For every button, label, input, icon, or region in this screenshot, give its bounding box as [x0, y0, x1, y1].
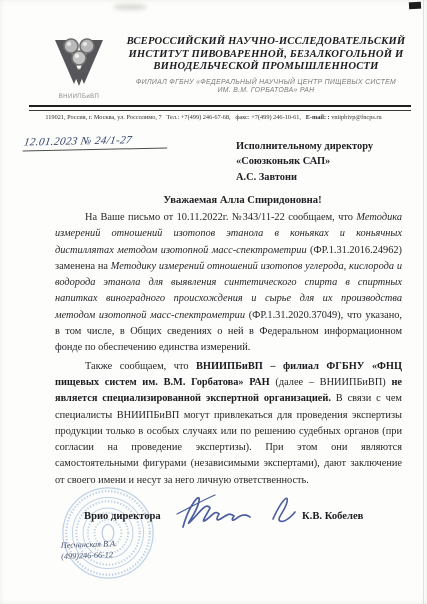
round-stamp: [60, 485, 156, 581]
executor-contact: Песчанская В.А. (499)246-66-12: [61, 538, 118, 562]
recipient-position: Исполнительному директору: [236, 139, 373, 154]
title-line: ИНСТИТУТ ПИВОВАРЕННОЙ, БЕЗАЛКОГОЛЬНОЙ И: [112, 49, 420, 62]
scan-edge-line: [423, 0, 424, 604]
filial-subtitle: ФИЛИАЛ ФГБНУ «ФЕДЕРАЛЬНЫЙ НАУЧНЫЙ ЦЕНТР …: [112, 79, 420, 96]
letterhead-text: ВСЕРОССИЙСКИЙ НАУЧНО-ИССЛЕДОВАТЕЛЬСКИЙ И…: [112, 36, 420, 96]
p2-text: В связи с чем специалисты ВНИИПБиВП могу…: [55, 393, 402, 485]
title-line: ВИНОДЕЛЬЧЕСКОЙ ПРОМЫШЛЕННОСТИ: [112, 61, 420, 74]
grapes-vine-icon: [49, 34, 109, 92]
scan-smudge: [113, 4, 147, 10]
letter-body: На Ваше письмо от 10.11.2022г. №343/11-2…: [55, 210, 402, 489]
address-email-label: E-mail: :: [306, 114, 330, 121]
scanned-letter-page: ВНИИПБиВП ВСЕРОССИЙСКИЙ НАУЧНО-ИССЛЕДОВА…: [0, 0, 427, 604]
recipient-organization: «Союзконьяк САП»: [236, 154, 373, 169]
signer-position: Врио директора: [84, 511, 161, 522]
address-email: vniipbivp@fncps.ru: [331, 114, 381, 121]
title-line: ВСЕРОССИЙСКИЙ НАУЧНО-ИССЛЕДОВАТЕЛЬСКИЙ: [112, 36, 420, 49]
logo-caption: ВНИИПБиВП: [46, 94, 112, 100]
handwritten-date-number: 12.01.2023 № 24/1-27: [23, 133, 170, 151]
p2-text: (далее – ВНИИПБиВП): [270, 377, 392, 388]
address-fax: факс: +7(499) 246-10-61,: [235, 114, 301, 121]
executor-phone: (499)246-66-12: [61, 549, 118, 562]
address-line: 119021, Россия, г. Москва, ул. Россолимо…: [0, 114, 427, 121]
subtitle-line: ФИЛИАЛ ФГБНУ «ФЕДЕРАЛЬНЫЙ НАУЧНЫЙ ЦЕНТР …: [112, 79, 420, 88]
address-location: 119021, Россия, г. Москва, ул. Россолимо…: [45, 114, 161, 121]
institute-logo: ВНИИПБиВП: [46, 34, 112, 100]
paragraph-1: На Ваше письмо от 10.11.2022г. №343/11-2…: [55, 210, 402, 357]
subtitle-line: ИМ. В.М. ГОРБАТОВА» РАН: [112, 87, 420, 96]
letterhead-rule-thin: [29, 110, 411, 111]
p1-text: На Ваше письмо от 10.11.2022г. №343/11-2…: [85, 212, 356, 223]
paragraph-2: Также сообщаем, что ВНИИПБиВП – филиал Ф…: [55, 359, 402, 489]
salutation: Уважаемая Алла Спиридоновна!: [55, 195, 402, 206]
letterhead-rule-thick: [29, 105, 411, 107]
recipient-block: Исполнительному директору «Союзконьяк СА…: [236, 139, 373, 185]
signer-name: К.В. Кобелев: [302, 511, 363, 522]
institute-title: ВСЕРОССИЙСКИЙ НАУЧНО-ИССЛЕДОВАТЕЛЬСКИЙ И…: [112, 36, 420, 74]
scan-corner-artifact: [409, 2, 421, 10]
recipient-name: А.С. Завтони: [236, 170, 373, 185]
address-phone: Тел.: +7(499) 246-67-68,: [166, 114, 230, 121]
p2-text: Также сообщаем, что: [85, 361, 196, 372]
